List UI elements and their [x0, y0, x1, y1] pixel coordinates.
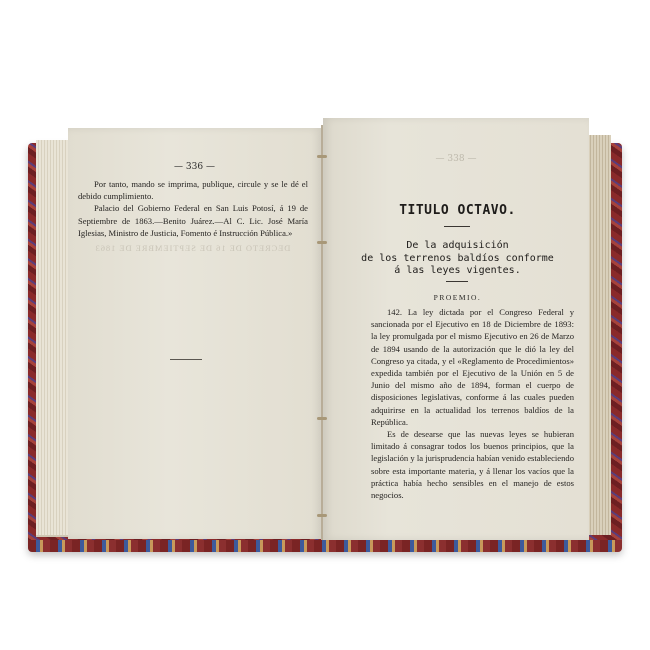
- title-rule: [444, 226, 470, 227]
- right-paragraph-1: 142. La ley dictada por el Congreso Fede…: [371, 306, 574, 428]
- left-paragraph-1: Por tanto, mando se imprima, publique, c…: [78, 178, 308, 202]
- binding-stitch: [317, 417, 327, 420]
- subtitle-rule: [446, 281, 468, 282]
- left-page: — 336 — Por tanto, mando se imprima, pub…: [68, 128, 321, 539]
- chapter-title: TITULO OCTAVO.: [330, 203, 585, 218]
- binding-stitch: [317, 155, 327, 158]
- chapter-subtitle: De la adquisición de los terrenos baldío…: [330, 240, 585, 278]
- subtitle-line: De la adquisición: [330, 240, 585, 253]
- binding-stitch: [317, 514, 327, 517]
- bleed-through-heading: DECRETO DE 16 DE SEPTIEMBRE DE 1863: [80, 243, 305, 255]
- right-page-text: 142. La ley dictada por el Congreso Fede…: [371, 306, 574, 501]
- subtitle-line: á las leyes vigentes.: [330, 265, 585, 278]
- binding-stitch: [317, 241, 327, 244]
- subtitle-line: de los terrenos baldíos conforme: [330, 253, 585, 266]
- left-page-block-edge: [36, 140, 72, 537]
- section-heading: PROEMIO.: [330, 293, 585, 302]
- cover-bottom-edge: [28, 540, 622, 552]
- book-spine-gutter: [321, 125, 323, 540]
- left-rule: [170, 359, 202, 360]
- right-paragraph-2: Es de desearse que las nuevas leyes se h…: [371, 428, 574, 501]
- left-paragraph-2: Palacio del Gobierno Federal en San Luis…: [78, 202, 308, 239]
- left-page-number: — 336 —: [68, 162, 321, 172]
- right-page-number: — 338 —: [323, 154, 589, 164]
- left-page-text: Por tanto, mando se imprima, publique, c…: [78, 178, 308, 239]
